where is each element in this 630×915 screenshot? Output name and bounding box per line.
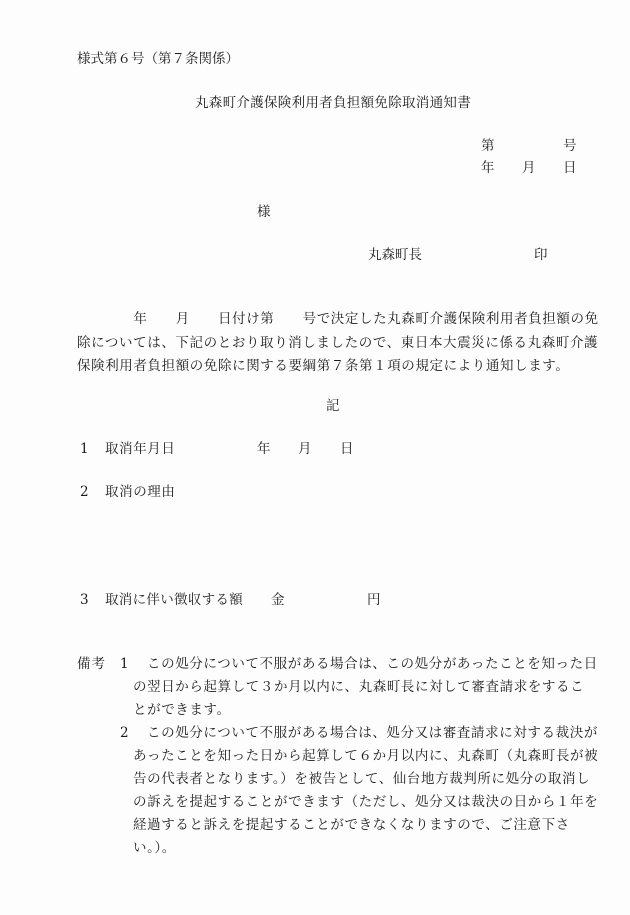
issuer-name: 丸森町長 xyxy=(368,249,422,263)
note-2-line: この処分について不服がある場合は、処分又は審査請求に対する裁決が xyxy=(147,727,598,741)
item-2-number: 2 xyxy=(80,486,89,500)
note-1-number: 1 xyxy=(120,658,129,672)
item-3-label: 取消に伴い徴収する額 xyxy=(105,594,243,608)
item-1-number: 1 xyxy=(80,443,89,457)
note-2-number: 2 xyxy=(120,727,129,741)
date-day: 日 xyxy=(563,162,577,176)
reference-number-prefix: 第 xyxy=(481,140,495,154)
note-2-line: あったことを知った日から起算して６か月以内に、丸森町（丸森町長が被 xyxy=(133,750,598,764)
note-2-line: 告の代表者となります。）を被告として、仙台地方裁判所に処分の取消し xyxy=(133,773,590,787)
note-2-line: の訴えを提起することができます（ただし、処分又は裁決の日から１年を xyxy=(133,796,598,810)
body-line: 年 月 日付け第 号で決定した丸森町介護保険利用者負担額の免 xyxy=(77,308,597,332)
item-3-number: 3 xyxy=(80,594,89,608)
reference-number-suffix: 号 xyxy=(563,140,577,154)
note-2-line: い。）。 xyxy=(133,842,176,856)
note-1-line: の翌日から起算して３か月以内に、丸森町長に対して審査請求をするこ xyxy=(133,681,584,695)
note-1-line: この処分について不服がある場合は、この処分があったことを知った日 xyxy=(147,658,598,672)
ki-heading: 記 xyxy=(326,400,340,414)
seal-mark: 印 xyxy=(534,249,548,263)
body-line: 除については、下記のとおり取り消しましたので、東日本大震災に係る丸森町介護 xyxy=(77,332,597,356)
document-title: 丸森町介護保険利用者負担額免除取消通知書 xyxy=(195,97,471,111)
date-year: 年 xyxy=(481,162,495,176)
item-1-year: 年 xyxy=(257,443,271,457)
item-3-currency-suffix: 円 xyxy=(367,594,381,608)
date-month: 月 xyxy=(522,162,536,176)
item-3-currency-prefix: 金 xyxy=(271,594,285,608)
body-line: 保険利用者負担額の免除に関する要綱第７条第１項の規定により通知します。 xyxy=(77,355,597,379)
item-1-label: 取消年月日 xyxy=(105,443,176,457)
item-1-day: 日 xyxy=(340,443,354,457)
note-2-line: 経過すると訴えを提起することができなくなりますので、ご注意下さ xyxy=(133,819,570,833)
remarks-heading: 備考 xyxy=(77,658,106,672)
item-2-label: 取消の理由 xyxy=(105,486,176,500)
note-1-line: とができます。 xyxy=(133,704,231,718)
recipient-suffix: 様 xyxy=(257,206,271,220)
form-label: 様式第６号（第７条関係） xyxy=(77,53,239,67)
item-1-month: 月 xyxy=(298,443,312,457)
body-paragraph: 年 月 日付け第 号で決定した丸森町介護保険利用者負担額の免 除については、下記… xyxy=(77,308,597,379)
